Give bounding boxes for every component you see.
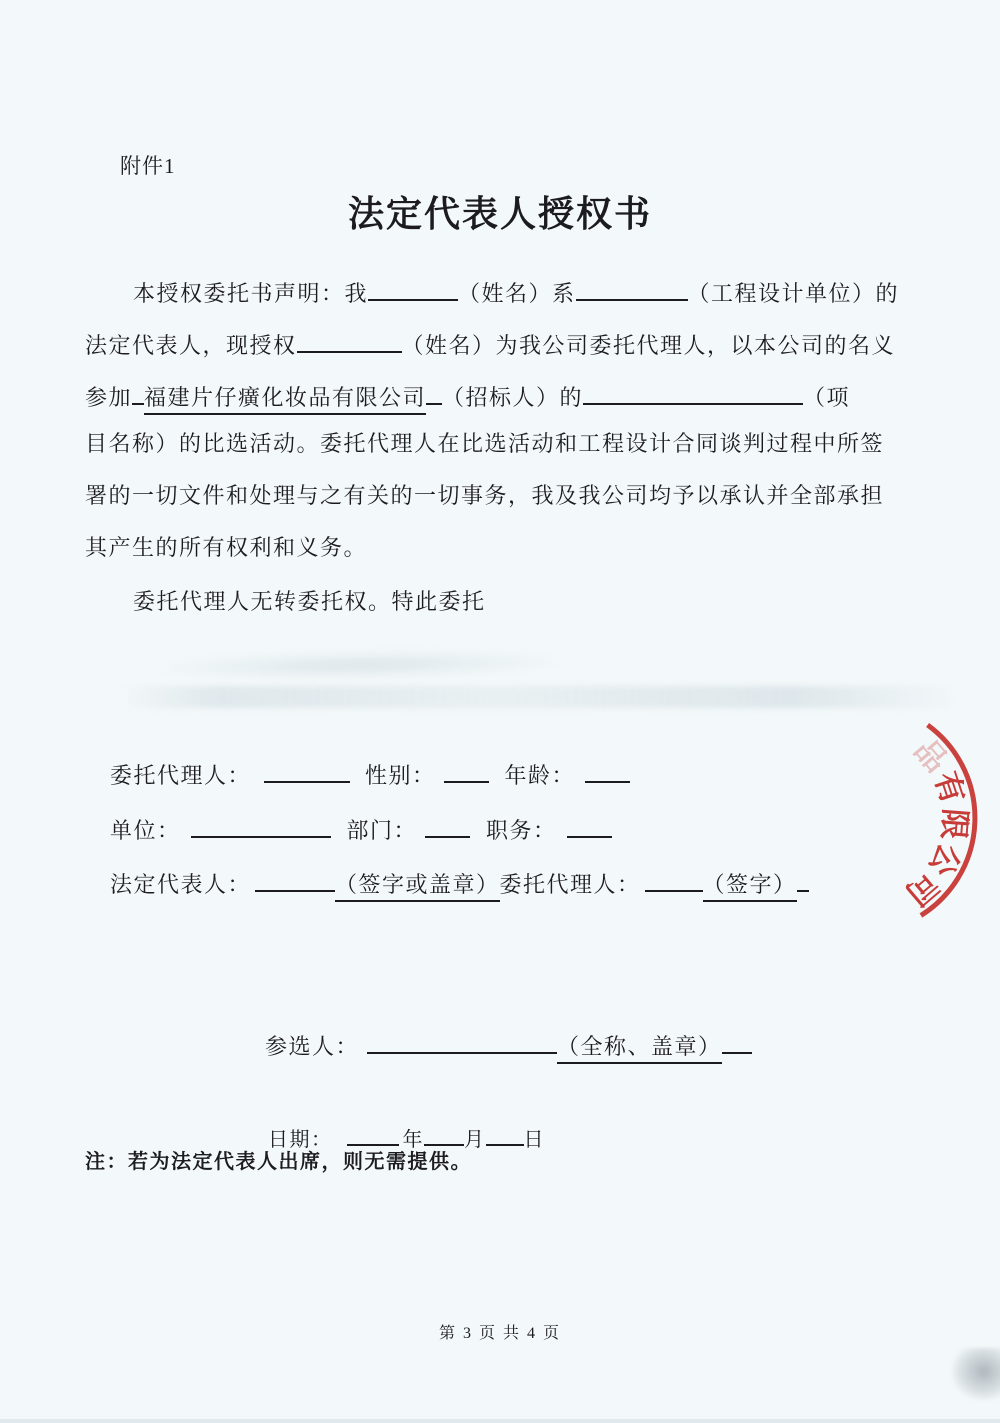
label-text: 委托代理人： (110, 763, 251, 788)
agent-info-fields: 委托代理人：性别：年龄： (110, 759, 630, 787)
signature-fields: 法定代表人：（签字或盖章）委托代理人：（签字） (110, 868, 809, 896)
blank-underline (255, 868, 335, 892)
blank-underline (576, 277, 688, 301)
label-text: 单位： (110, 818, 181, 843)
label-text: 委托代理人： (500, 872, 641, 897)
blank-underline (583, 381, 803, 405)
blank-underline (585, 759, 630, 783)
note-line: 注：若为法定代表人出席，则无需提供。 (85, 1152, 472, 1172)
unit-dept-fields: 单位：部门：职务： (110, 814, 612, 842)
statement-line-5: 署的一切文件和处理与之有关的一切事务，我及我公司均予以承认并全部承担 (85, 485, 884, 507)
filled-underlined-text: （签字或盖章） (335, 872, 500, 902)
spacer (359, 1053, 367, 1054)
blank-underline (722, 1030, 752, 1054)
filled-underlined-text: 福建片仔癀化妆品有限公司 (144, 385, 426, 415)
statement-line-4: 目名称）的比选活动。委托代理人在比选活动和工程设计合同谈判过程中所签 (85, 433, 884, 455)
label-text: 委托代理人无转委托权。特此委托 (133, 589, 486, 614)
blank-underline (367, 1030, 557, 1054)
blank-underline (567, 814, 612, 838)
label-text: 参加 (85, 385, 132, 410)
spacer (350, 782, 365, 783)
label-text: （工程设计单位）的 (688, 281, 900, 306)
blank-underline (191, 814, 331, 838)
statement-line-6: 其产生的所有权利和义务。 (85, 537, 367, 559)
label-text: 年龄： (505, 763, 576, 788)
label-text: （项 (803, 385, 850, 410)
spacer (489, 782, 505, 783)
blank-underline (486, 1124, 524, 1146)
company-seal-stamp: 品有限公司 (770, 680, 1000, 960)
blank-underline (645, 868, 703, 892)
blank-underline (424, 1124, 464, 1146)
spacer (251, 782, 264, 783)
spacer (470, 837, 486, 838)
page-title: 法定代表人授权书 (0, 186, 1000, 237)
blank-underline (368, 277, 458, 301)
statement-line-1: 本授权委托书声明：我（姓名）系（工程设计单位）的 (133, 277, 899, 305)
attachment-label: 附件1 (120, 150, 176, 180)
spacer (181, 837, 191, 838)
label-text: （招标人）的 (442, 385, 583, 410)
label-text: 性别： (365, 763, 436, 788)
blank-underline (297, 329, 402, 353)
label-text: （姓名）系 (458, 281, 576, 306)
label-text: 注：若为法定代表人出席，则无需提供。 (85, 1151, 472, 1173)
label-text: 年 (403, 1129, 425, 1151)
statement-line-2: 法定代表人，现授权（姓名）为我公司委托代理人，以本公司的名义 (85, 329, 895, 357)
spacer (333, 1145, 347, 1146)
page-number: 第 3 页 共 4 页 (0, 1320, 1000, 1343)
label-text: 日期： (268, 1129, 333, 1151)
spacer (417, 837, 425, 838)
scan-smudge-artifact (952, 1348, 1000, 1400)
blank-underline (132, 381, 144, 405)
blank-underline (347, 1124, 399, 1146)
label-text: 其产生的所有权利和义务。 (85, 535, 367, 560)
blank-underline (444, 759, 489, 783)
statement-line-3: 参加福建片仔癀化妆品有限公司（招标人）的（项 (85, 381, 850, 409)
date-field: 日期：年月日 (268, 1124, 545, 1150)
blank-underline (426, 381, 442, 405)
participant-field: 参选人：（全称、盖章） (265, 1030, 752, 1058)
document-page: 附件1 法定代表人授权书 本授权委托书声明：我（姓名）系（工程设计单位）的法定代… (0, 0, 1000, 1423)
label-text: 本授权委托书声明：我 (133, 281, 368, 306)
spacer (331, 837, 347, 838)
statement-line-7: 委托代理人无转委托权。特此委托 (133, 591, 486, 613)
label-text: 月 (464, 1129, 486, 1151)
spacer (575, 782, 585, 783)
blank-underline (264, 759, 350, 783)
label-text: 参选人： (265, 1034, 359, 1059)
label-text: 目名称）的比选活动。委托代理人在比选活动和工程设计合同谈判过程中所签 (85, 431, 884, 456)
label-text: 法定代表人，现授权 (85, 333, 297, 358)
blank-underline (425, 814, 470, 838)
scan-bleed-artifact (150, 646, 570, 683)
label-text: 部门： (347, 818, 418, 843)
label-text: 日 (524, 1129, 546, 1151)
spacer (557, 837, 567, 838)
spacer (436, 782, 444, 783)
label-text: 署的一切文件和处理与之有关的一切事务，我及我公司均予以承认并全部承担 (85, 483, 884, 508)
label-text: （姓名）为我公司委托代理人，以本公司的名义 (402, 333, 896, 358)
label-text: 法定代表人： (110, 872, 251, 897)
filled-underlined-text: （全称、盖章） (557, 1034, 722, 1064)
label-text: 职务： (486, 818, 557, 843)
